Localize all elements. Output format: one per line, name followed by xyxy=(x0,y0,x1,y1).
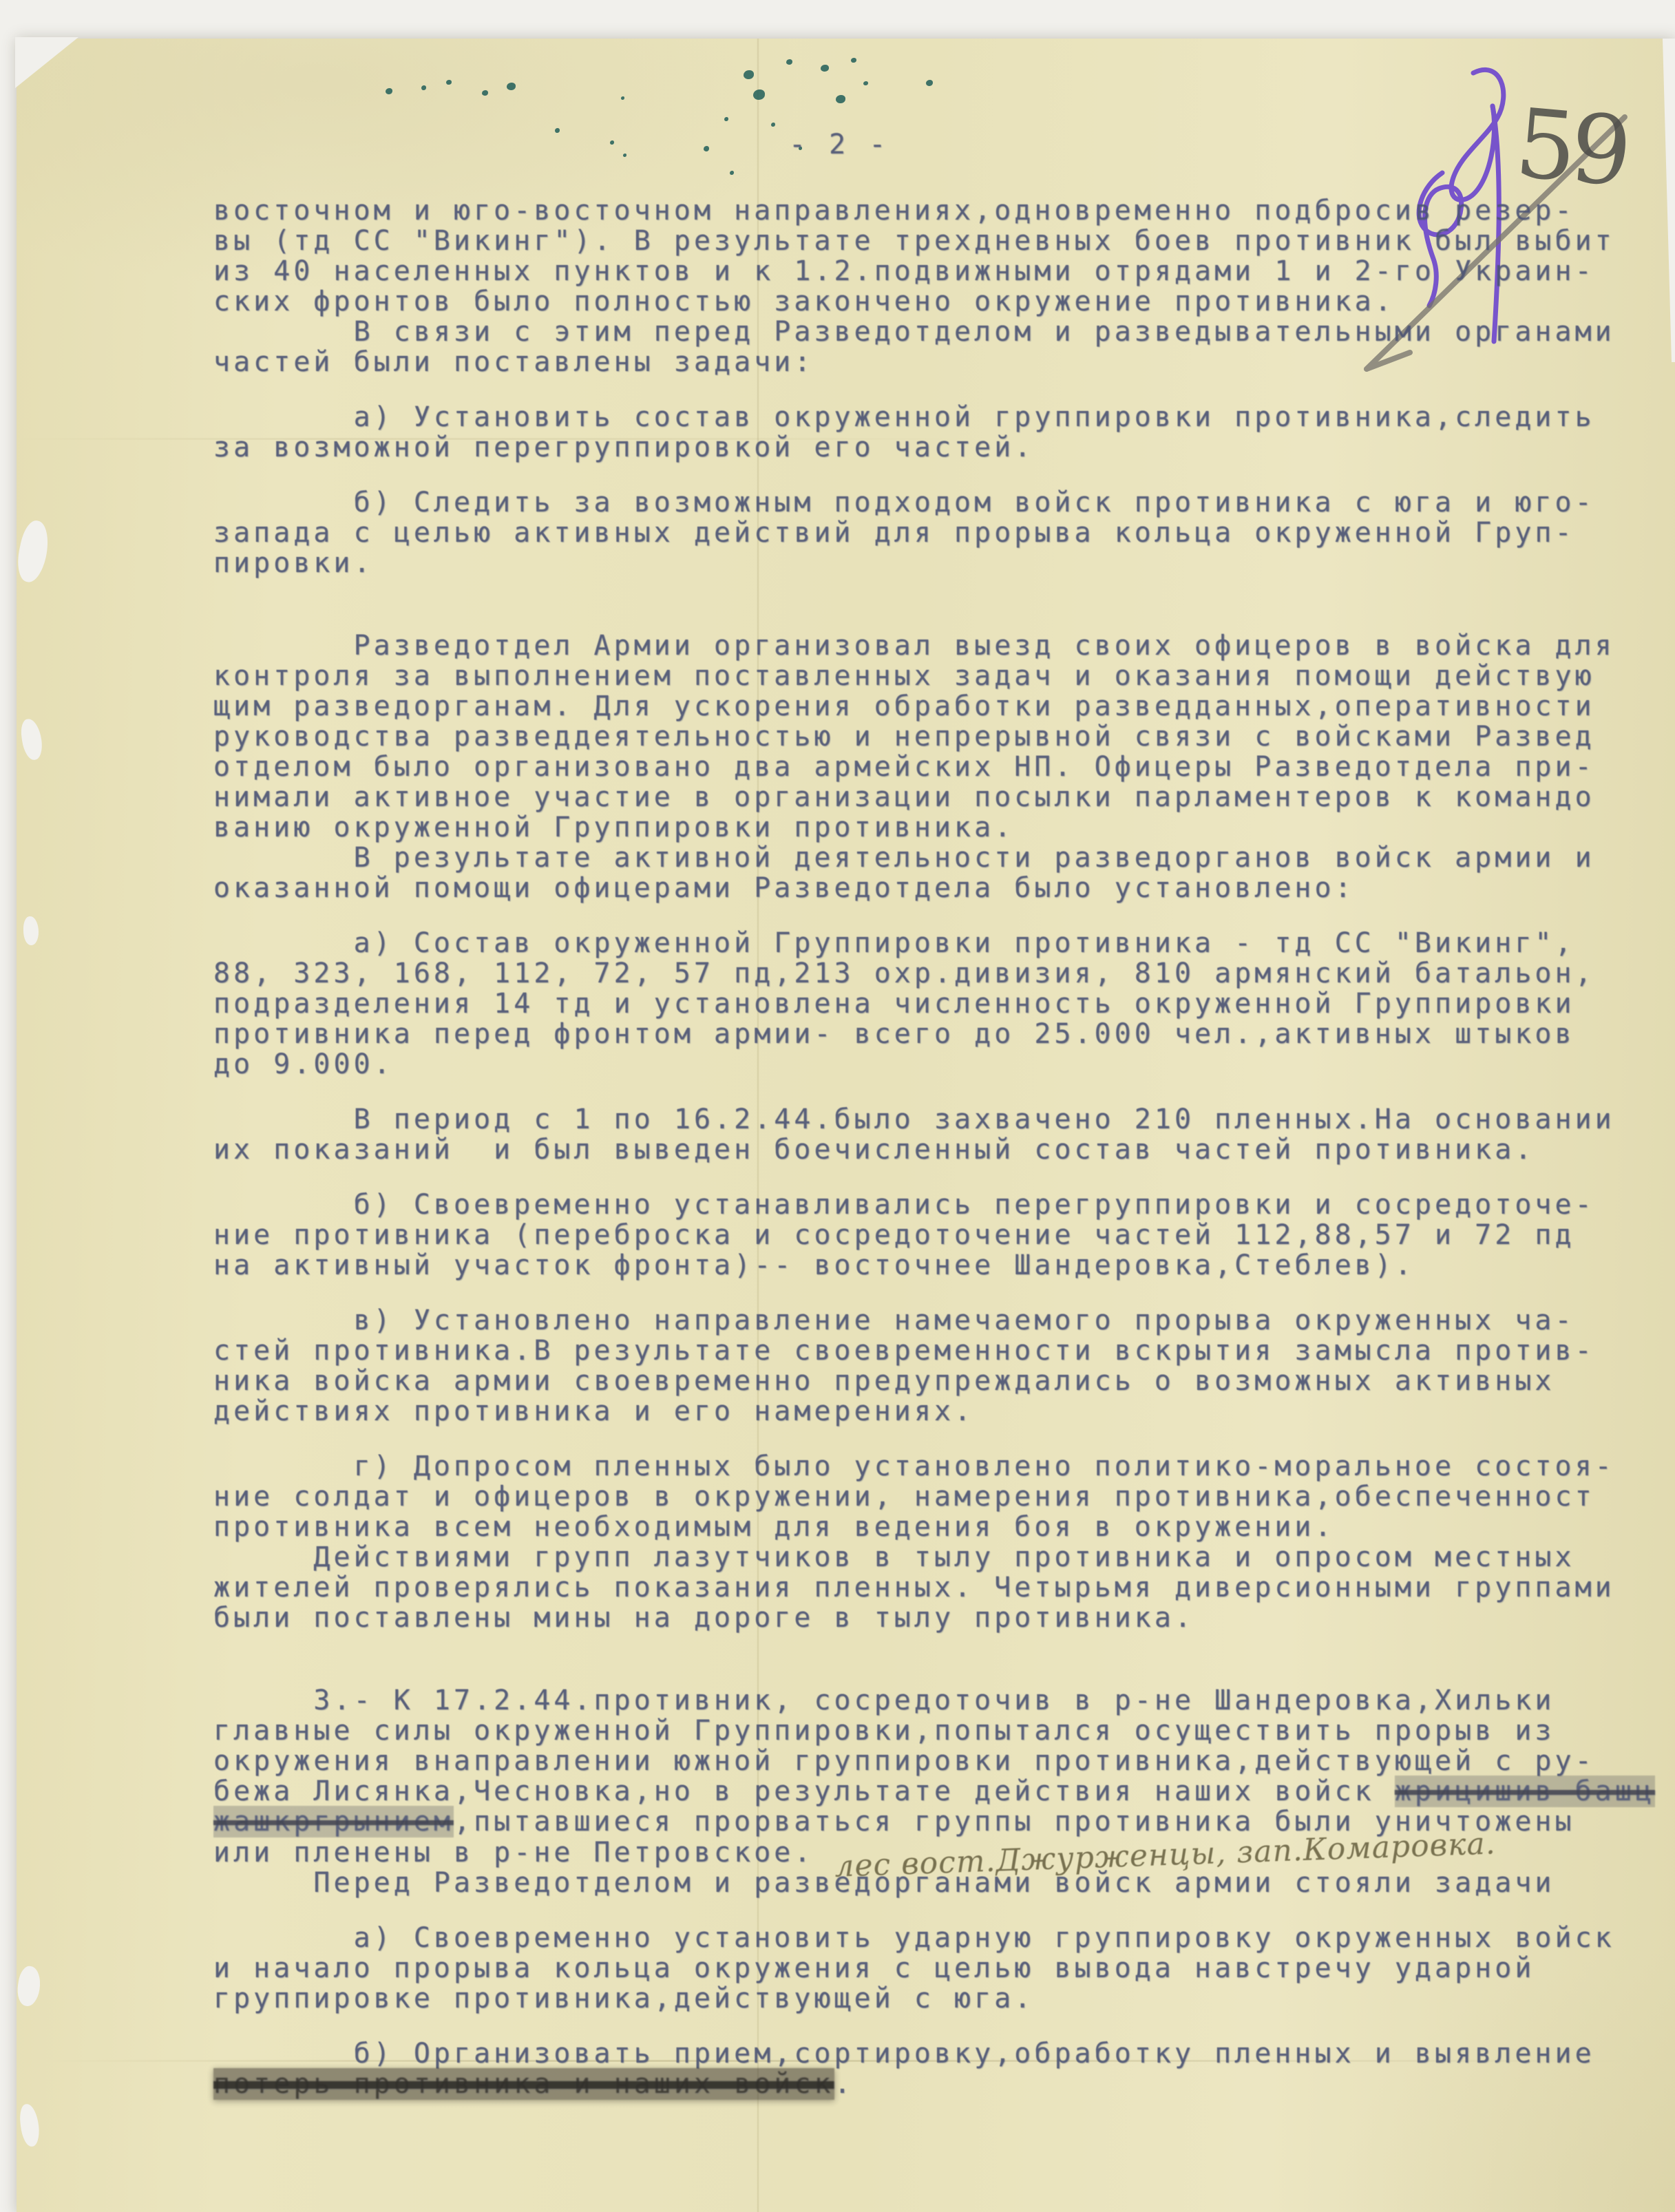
ink-speck xyxy=(421,85,426,90)
typed-segment: Действиями групп лазутчиков в тылу проти… xyxy=(213,1541,1575,1573)
typed-segment: в) Установлено направление намечаемого п… xyxy=(213,1305,1575,1336)
text-line: В связи с этим перед Разведотделом и раз… xyxy=(213,317,1673,347)
text-line: ние солдат и офицеров в окружении, намер… xyxy=(213,1482,1673,1512)
text-line: противника всем необходимым для ведения … xyxy=(213,1512,1673,1542)
typed-segment: запада с целью активных действий для про… xyxy=(213,517,1575,549)
ink-speck xyxy=(507,83,516,90)
text-line: действиях противника и его намерениях. xyxy=(213,1396,1673,1426)
text-line: пировки. xyxy=(213,548,1673,578)
typed-segment: до 9.000. xyxy=(213,1049,394,1080)
text-line: Разведотдел Армии организовал выезд свои… xyxy=(213,631,1673,661)
text-line: запада с целью активных действий для про… xyxy=(213,518,1673,548)
text-line: а) Состав окруженной Группировки противн… xyxy=(213,928,1673,958)
text-line: Действиями групп лазутчиков в тылу проти… xyxy=(213,1542,1673,1572)
text-line: ние противника (переброска и сосредоточе… xyxy=(213,1220,1673,1250)
typed-segment: ских фронтов было полностью закончено ок… xyxy=(213,286,1395,317)
edge-tear xyxy=(19,2103,41,2147)
ink-speck xyxy=(863,81,868,85)
typed-segment: а) Состав окруженной Группировки противн… xyxy=(213,927,1575,959)
typed-segment: за возможной перегруппировкой его частей… xyxy=(213,432,1034,463)
typed-segment: отделом было организовано два армейских … xyxy=(213,751,1595,783)
ink-speck xyxy=(786,59,792,65)
document-page: 59 - 2 - восточном и юго-восточном напра… xyxy=(17,39,1675,2212)
text-line: и начало прорыва кольца окружения с цель… xyxy=(213,1953,1673,1983)
typed-segment: на активный участок фронта)-- восточнее … xyxy=(213,1250,1415,1281)
typed-segment: подразделения 14 тд и установлена числен… xyxy=(213,988,1575,1020)
text-line: отделом было организовано два армейских … xyxy=(213,752,1673,782)
ink-speck xyxy=(724,117,728,121)
typed-segment: 3.- К 17.2.44.противник, сосредоточив в … xyxy=(213,1685,1555,1716)
text-line: ванию окруженной Группировки противника. xyxy=(213,812,1673,843)
typed-segment: группировке противника,действующей с юга… xyxy=(213,1983,1034,2014)
ink-speck xyxy=(753,89,765,100)
typed-segment: В связи с этим перед Разведотделом и раз… xyxy=(213,316,1615,348)
text-line: щим разведорганам. Для ускорения обработ… xyxy=(213,691,1673,721)
typed-segment: ние противника (переброска и сосредоточе… xyxy=(213,1219,1575,1251)
ink-speck xyxy=(744,70,754,79)
strike-segment: жашкргрынием xyxy=(213,1806,454,1837)
ink-speck xyxy=(621,96,624,100)
text-line: в) Установлено направление намечаемого п… xyxy=(213,1305,1673,1336)
typed-segment: нимали активное участие в организации по… xyxy=(213,781,1595,813)
text-line: В период с 1 по 16.2.44.было захвачено 2… xyxy=(213,1104,1673,1135)
text-line: бежа Лисянка,Чесновка,но в результате де… xyxy=(213,1776,1673,1807)
typed-segment: ние солдат и офицеров в окружении, намер… xyxy=(213,1481,1595,1513)
text-line: подразделения 14 тд и установлена числен… xyxy=(213,989,1673,1019)
ink-speck xyxy=(386,88,392,94)
typed-segment: из 40 населенных пунктов и к 1.2.подвижн… xyxy=(213,255,1595,287)
typed-segment: ника войска армии своевременно предупреж… xyxy=(213,1365,1555,1397)
text-line: или пленены в р-не Петровское. лес вост.… xyxy=(213,1837,1673,1868)
scan-backdrop: 59 - 2 - восточном и юго-восточном напра… xyxy=(0,0,1675,2212)
text-line: до 9.000. xyxy=(213,1049,1673,1079)
text-line: а) Установить состав окруженной группиро… xyxy=(213,402,1673,432)
text-line: В результате активной деятельности разве… xyxy=(213,843,1673,873)
edge-tear xyxy=(13,518,53,584)
text-line: противника перед фронтом армии- всего до… xyxy=(213,1019,1673,1049)
typed-segment: стей противника.В результате своевременн… xyxy=(213,1335,1595,1367)
typed-segment: контроля за выполнением поставленных зад… xyxy=(213,660,1595,692)
typed-segment: б) Своевременно устанавливались перегруп… xyxy=(213,1189,1595,1221)
typed-segment: В период с 1 по 16.2.44.было захвачено 2… xyxy=(213,1104,1615,1135)
text-line: группировке противника,действующей с юга… xyxy=(213,1983,1673,2014)
edge-tear xyxy=(19,717,44,761)
typewritten-text: - 2 - восточном и юго-восточном направле… xyxy=(213,129,1673,2099)
typed-segment: б) Следить за возможным подходом войск п… xyxy=(213,487,1595,518)
page-number: - 2 - xyxy=(789,129,1673,160)
text-line: г) Допросом пленных было установлено пол… xyxy=(213,1451,1673,1482)
text-line: оказанной помощи офицерами Разведотдела … xyxy=(213,873,1673,903)
typed-segment: г) Допросом пленных было установлено пол… xyxy=(213,1451,1615,1482)
typed-segment: были поставлены мины на дороге в тылу пр… xyxy=(213,1602,1194,1634)
edge-tear xyxy=(23,916,39,945)
text-line: б) Своевременно устанавливались перегруп… xyxy=(213,1190,1673,1220)
typed-segment: восточном и юго-восточном направлениях,о… xyxy=(213,195,1575,227)
text-line: ских фронтов было полностью закончено ок… xyxy=(213,286,1673,317)
text-line: а) Своевременно установить ударную групп… xyxy=(213,1923,1673,1953)
typed-segment: действиях противника и его намерениях. xyxy=(213,1395,974,1427)
typed-segment: ванию окруженной Группировки противника. xyxy=(213,812,1014,843)
typed-segment: противника перед фронтом армии- всего до… xyxy=(213,1018,1575,1050)
typed-segment: руководства разведдеятельностью и непрер… xyxy=(213,721,1595,752)
text-line: их показаний и был выведен боечисленный … xyxy=(213,1135,1673,1165)
typed-segment: окружения внаправлении южной группировки… xyxy=(213,1745,1595,1777)
text-line: 3.- К 17.2.44.противник, сосредоточив в … xyxy=(213,1685,1673,1716)
ink-speck xyxy=(836,95,845,103)
text-line: вы (тд СС "Викинг"). В результате трехдн… xyxy=(213,226,1673,256)
text-line: были поставлены мины на дороге в тылу пр… xyxy=(213,1603,1673,1633)
text-lines: восточном и юго-восточном направлениях,о… xyxy=(213,196,1673,2099)
typed-segment: 88, 323, 168, 112, 72, 57 пд,213 охр.див… xyxy=(213,958,1595,989)
torn-corner xyxy=(15,37,78,88)
strike-segment: жрицишив башц xyxy=(1395,1776,1655,1807)
text-line: контроля за выполнением поставленных зад… xyxy=(213,661,1673,691)
text-line: потерь противника и наших войск. xyxy=(213,2069,1673,2099)
typed-segment: б) Организовать прием,сортировку,обработ… xyxy=(213,2038,1595,2069)
edge-tear xyxy=(15,1965,43,2008)
typed-segment: главные силы окруженной Группировки,попы… xyxy=(213,1715,1555,1747)
text-line: 88, 323, 168, 112, 72, 57 пд,213 охр.див… xyxy=(213,958,1673,989)
text-line: на активный участок фронта)-- восточнее … xyxy=(213,1250,1673,1281)
typed-segment: их показаний и был выведен боечисленный … xyxy=(213,1134,1535,1166)
text-line: из 40 населенных пунктов и к 1.2.подвижн… xyxy=(213,256,1673,286)
typed-segment: противника всем необходимым для ведения … xyxy=(213,1511,1335,1543)
text-line: жителей проверялись показания пленных. Ч… xyxy=(213,1572,1673,1603)
ink-speck xyxy=(926,80,933,86)
text-line: б) Организовать прием,сортировку,обработ… xyxy=(213,2039,1673,2069)
text-line: ника войска армии своевременно предупреж… xyxy=(213,1366,1673,1396)
ink-speck xyxy=(771,123,775,127)
text-line: за возможной перегруппировкой его частей… xyxy=(213,432,1673,463)
typed-segment: пировки. xyxy=(213,547,374,579)
ink-speck xyxy=(851,58,856,63)
typed-segment: Разведотдел Армии организовал выезд свои… xyxy=(213,630,1615,662)
typed-segment: жителей проверялись показания пленных. Ч… xyxy=(213,1572,1615,1603)
typed-segment: а) Своевременно установить ударную групп… xyxy=(213,1922,1615,1954)
strike-heavy-segment: потерь противника и наших войск xyxy=(213,2068,834,2100)
typed-segment: а) Установить состав окруженной группиро… xyxy=(213,401,1595,433)
ink-speck xyxy=(446,80,452,85)
text-line: окружения внаправлении южной группировки… xyxy=(213,1746,1673,1776)
text-line: главные силы окруженной Группировки,попы… xyxy=(213,1716,1673,1746)
typed-segment: щим разведорганам. Для ускорения обработ… xyxy=(213,691,1595,722)
text-line: руководства разведдеятельностью и непрер… xyxy=(213,721,1673,752)
text-line: б) Следить за возможным подходом войск п… xyxy=(213,487,1673,518)
typed-segment: и начало прорыва кольца окружения с цель… xyxy=(213,1952,1535,1984)
typed-segment: вы (тд СС "Викинг"). В результате трехдн… xyxy=(213,225,1615,257)
typed-segment: частей были поставлены задачи: xyxy=(213,346,814,378)
text-line: частей были поставлены задачи: xyxy=(213,347,1673,377)
ink-speck xyxy=(482,90,488,96)
typed-segment: оказанной помощи офицерами Разведотдела … xyxy=(213,872,1355,904)
typed-segment: бежа Лисянка,Чесновка,но в результате де… xyxy=(213,1776,1395,1807)
typed-segment: . xyxy=(834,2068,854,2100)
typed-segment: или пленены в р-не Петровское. xyxy=(213,1837,834,1868)
typed-segment: В результате активной деятельности разве… xyxy=(213,842,1595,874)
ink-speck xyxy=(821,65,829,72)
text-line: восточном и юго-восточном направлениях,о… xyxy=(213,196,1673,226)
text-line: нимали активное участие в организации по… xyxy=(213,782,1673,812)
text-line: стей противника.В результате своевременн… xyxy=(213,1336,1673,1366)
